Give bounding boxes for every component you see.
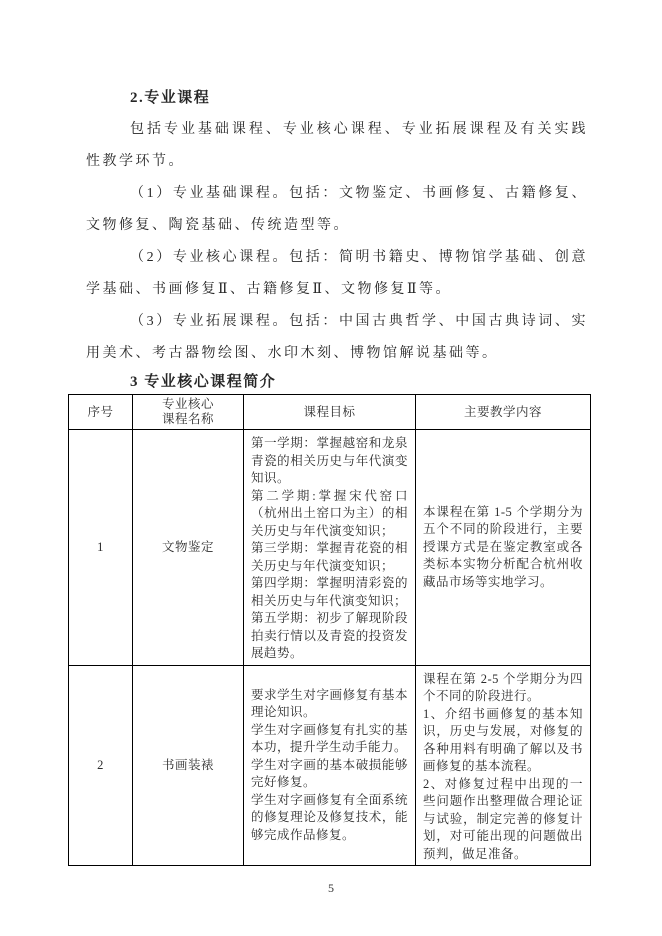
table-row-painting-mounting: 2 书画装裱 要求学生对字画修复有基本理论知识。 学生对字画修复有扎实的基本功，… xyxy=(69,665,591,866)
table-caption: 3 专业核心课程简介 xyxy=(130,370,588,394)
page-number: 5 xyxy=(0,881,662,896)
paragraph-extension-courses: （3）专业拓展课程。包括：中国古典哲学、中国古典诗词、实用美术、考古器物绘图、水… xyxy=(86,306,588,370)
document-body: 2.专业课程 包括专业基础课程、专业核心课程、专业拓展课程及有关实践性教学环节。… xyxy=(86,82,588,394)
col-header-course-name-line2: 课程名称 xyxy=(140,412,236,427)
col-header-course-name-line1: 专业核心 xyxy=(140,397,236,412)
col-header-course-name: 专业核心 课程名称 xyxy=(133,395,244,430)
section-heading: 2.专业课程 xyxy=(130,82,588,114)
col-header-goals: 课程目标 xyxy=(244,395,416,430)
row-index: 2 xyxy=(69,665,133,866)
table-row-antique-appraisal: 1 文物鉴定 第一学期：掌握越窑和龙泉青瓷的相关历史与年代演变知识。 第二学期:… xyxy=(69,430,591,666)
course-goals: 要求学生对字画修复有基本理论知识。 学生对字画修复有扎实的基本功，提升学生动手能… xyxy=(244,665,416,866)
col-header-index: 序号 xyxy=(69,395,133,430)
course-content: 本课程在第 1-5 个学期分为五个不同的阶段进行，主要授课方式是在鉴定教室或各类… xyxy=(416,430,591,666)
col-header-content: 主要教学内容 xyxy=(416,395,591,430)
course-goals: 第一学期：掌握越窑和龙泉青瓷的相关历史与年代演变知识。 第二学期:掌握宋代窑口（… xyxy=(244,430,416,666)
paragraph-basic-courses: （1）专业基础课程。包括：文物鉴定、书画修复、古籍修复、文物修复、陶瓷基础、传统… xyxy=(86,178,588,242)
course-content: 课程在第 2-5 个学期分为四个不同的阶段进行。 1、介绍书画修复的基本知识，历… xyxy=(416,665,591,866)
core-course-table: 序号 专业核心 课程名称 课程目标 主要教学内容 1 文物鉴定 第一学期：掌握越… xyxy=(68,394,591,866)
course-name: 书画装裱 xyxy=(133,665,244,866)
paragraph-intro: 包括专业基础课程、专业核心课程、专业拓展课程及有关实践性教学环节。 xyxy=(86,114,588,178)
row-index: 1 xyxy=(69,430,133,666)
table-header-row: 序号 专业核心 课程名称 课程目标 主要教学内容 xyxy=(69,395,591,430)
course-name: 文物鉴定 xyxy=(133,430,244,666)
document-page: 2.专业课程 包括专业基础课程、专业核心课程、专业拓展课程及有关实践性教学环节。… xyxy=(0,0,662,936)
paragraph-core-courses: （2）专业核心课程。包括：简明书籍史、博物馆学基础、创意学基础、书画修复Ⅱ、古籍… xyxy=(86,242,588,306)
